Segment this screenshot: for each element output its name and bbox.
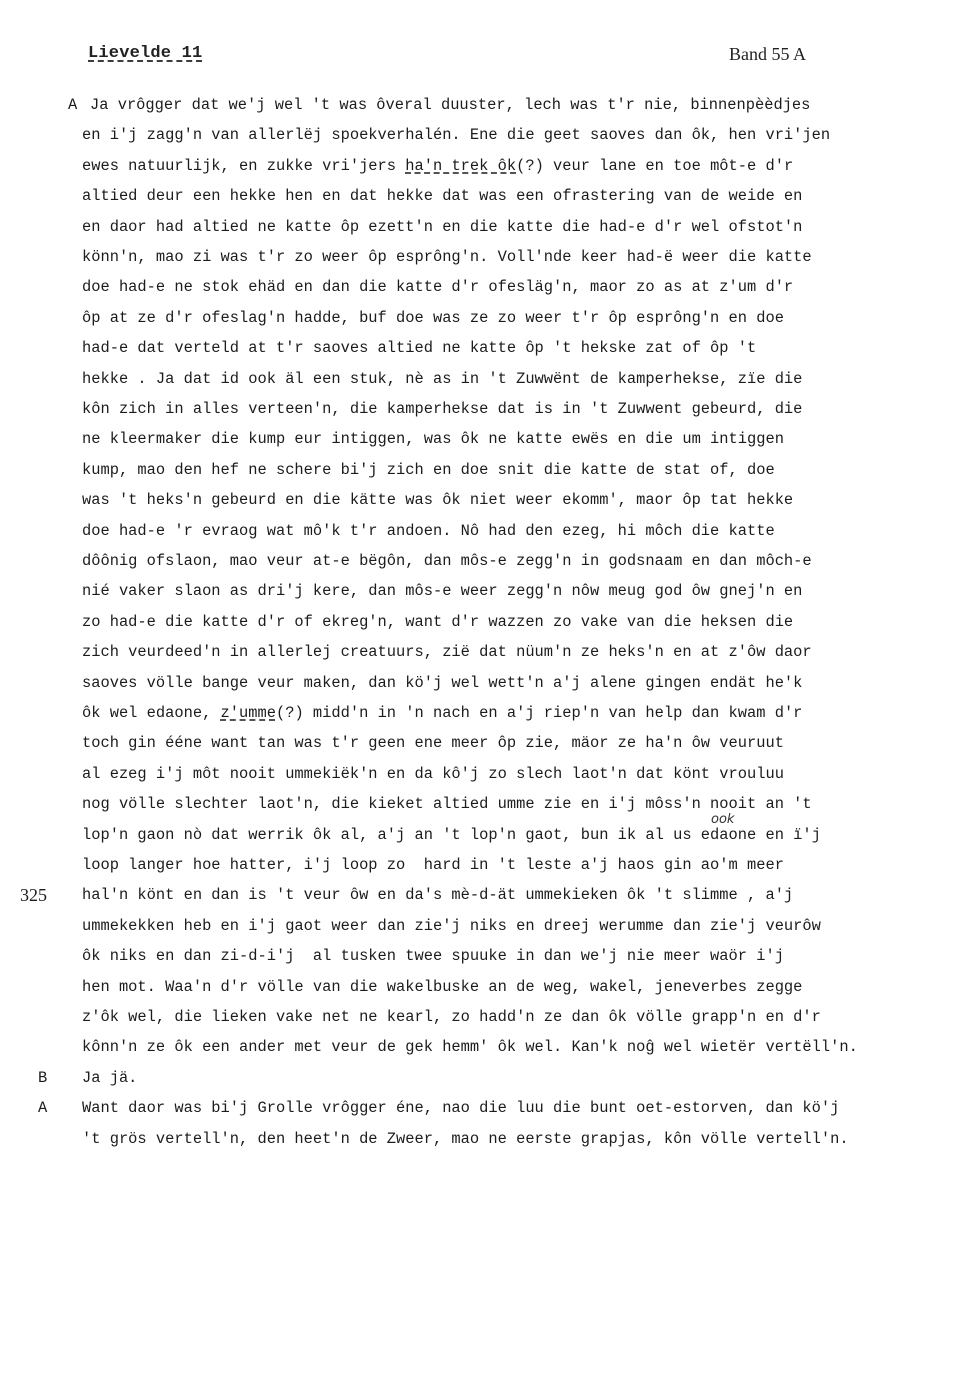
line-text: kôn zich in alles verteen'n, die kamperh… bbox=[82, 397, 802, 421]
transcript-line: z'ôk wel, die lieken vake net ne kearl, … bbox=[0, 1005, 973, 1029]
transcript-line: ne kleermaker die kump eur intiggen, was… bbox=[0, 427, 973, 451]
transcript-line: en i'j zagg'n van allerlëj spoekverhalén… bbox=[0, 123, 973, 147]
transcript-line: ewes natuurlijk, en zukke vri'jers ha'n … bbox=[0, 154, 973, 178]
transcript-line: en daor had altied ne katte ôp ezett'n e… bbox=[0, 215, 973, 239]
transcript-line: saoves völle bange veur maken, dan kö'j … bbox=[0, 671, 973, 695]
line-text: hen mot. Waa'n d'r völle van die wakelbu… bbox=[82, 975, 802, 999]
line-text: loop langer hoe hatter, i'j loop zo hard… bbox=[82, 853, 784, 877]
transcript-line: doe had-e 'r evraog wat mô'k t'r andoen.… bbox=[0, 519, 973, 543]
line-text: zo had-e die katte d'r of ekreg'n, want … bbox=[82, 610, 793, 634]
transcript-line: 't grös vertell'n, den heet'n de Zweer, … bbox=[0, 1127, 973, 1151]
line-text: Ja vrôgger dat we'j wel 't was ôveral du… bbox=[90, 93, 810, 117]
line-text: kump, mao den hef ne schere bi'j zich en… bbox=[82, 458, 775, 482]
speaker-label: A bbox=[68, 93, 77, 117]
handwritten-annotation: ook bbox=[711, 812, 734, 827]
transcript-line: was 't heks'n gebeurd en die kätte was ô… bbox=[0, 488, 973, 512]
tape-label: Band 55 A bbox=[729, 44, 806, 65]
line-text: z'ôk wel, die lieken vake net ne kearl, … bbox=[82, 1005, 821, 1029]
transcript-line: hen mot. Waa'n d'r völle van die wakelbu… bbox=[0, 975, 973, 999]
transcript-line: AWant daor was bi'j Grolle vrôgger éne, … bbox=[0, 1096, 973, 1120]
transcript-line: kôn zich in alles verteen'n, die kamperh… bbox=[0, 397, 973, 421]
uncertain-phrase: ha'n trek ôk bbox=[405, 157, 516, 175]
uncertain-phrase: z'umme bbox=[221, 704, 276, 722]
location-header: Lievelde 11 bbox=[88, 44, 202, 63]
transcript-line: ôk niks en dan zi-d-i'j al tusken twee s… bbox=[0, 944, 973, 968]
line-text: zich veurdeed'n in allerlej creatuurs, z… bbox=[82, 640, 812, 664]
line-text: en i'j zagg'n van allerlëj spoekverhalén… bbox=[82, 123, 830, 147]
transcript-line: ummekekken heb en i'j gaot weer dan zie'… bbox=[0, 914, 973, 938]
transcript-line: zo had-e die katte d'r of ekreg'n, want … bbox=[0, 610, 973, 634]
transcript-line: al ezeg i'j môt nooit ummekiëk'n en da k… bbox=[0, 762, 973, 786]
transcript-line: had-e dat verteld at t'r saoves altied n… bbox=[0, 336, 973, 360]
transcript-line: AJa vrôgger dat we'j wel 't was ôveral d… bbox=[0, 93, 973, 117]
line-text: had-e dat verteld at t'r saoves altied n… bbox=[82, 336, 756, 360]
line-text: ôk wel edaone, z'umme(?) midd'n in 'n na… bbox=[82, 701, 802, 725]
line-text: nié vaker slaon as dri'j kere, dan môs-e… bbox=[82, 579, 802, 603]
line-text: ne kleermaker die kump eur intiggen, was… bbox=[82, 427, 784, 451]
margin-line-number: 325 bbox=[20, 883, 47, 907]
line-text: ewes natuurlijk, en zukke vri'jers ha'n … bbox=[82, 154, 793, 178]
line-text: ummekekken heb en i'j gaot weer dan zie'… bbox=[82, 914, 821, 938]
line-text: dôônig ofslaon, mao veur at-e bëgôn, dan… bbox=[82, 549, 812, 573]
transcript-line: 325hal'n könt en dan is 't veur ôw en da… bbox=[0, 883, 973, 907]
line-text: toch gin ééne want tan was t'r geen ene … bbox=[82, 731, 784, 755]
transcript-page: Lievelde 11 Band 55 A AJa vrôgger dat we… bbox=[0, 0, 973, 1390]
transcript-line: toch gin ééne want tan was t'r geen ene … bbox=[0, 731, 973, 755]
transcript-line: lop'n gaon nò dat werrik ôk al, a'j an '… bbox=[0, 823, 973, 847]
transcript-line: loop langer hoe hatter, i'j loop zo hard… bbox=[0, 853, 973, 877]
transcript-line: dôônig ofslaon, mao veur at-e bëgôn, dan… bbox=[0, 549, 973, 573]
transcript-line: kônn'n ze ôk een ander met veur de gek h… bbox=[0, 1035, 973, 1059]
line-text: nog völle slechter laot'n, die kieket al… bbox=[82, 792, 812, 816]
line-text: ôp at ze d'r ofeslag'n hadde, buf doe wa… bbox=[82, 306, 784, 330]
line-text: Want daor was bi'j Grolle vrôgger éne, n… bbox=[82, 1096, 839, 1120]
transcript-line: ôk wel edaone, z'umme(?) midd'n in 'n na… bbox=[0, 701, 973, 725]
line-text: al ezeg i'j môt nooit ummekiëk'n en da k… bbox=[82, 762, 784, 786]
transcript-line: hekke . Ja dat id ook äl een stuk, nè as… bbox=[0, 367, 973, 391]
line-text: ôk niks en dan zi-d-i'j al tusken twee s… bbox=[82, 944, 784, 968]
line-text: 't grös vertell'n, den heet'n de Zweer, … bbox=[82, 1127, 849, 1151]
transcript-line: doe had-e ne stok ehäd en dan die katte … bbox=[0, 275, 973, 299]
line-text: Ja jä. bbox=[82, 1066, 137, 1090]
transcript-line: BJa jä. bbox=[0, 1066, 973, 1090]
line-text: doe had-e 'r evraog wat mô'k t'r andoen.… bbox=[82, 519, 775, 543]
line-text: altied deur een hekke hen en dat hekke d… bbox=[82, 184, 802, 208]
line-text: könn'n, mao zi was t'r zo weer ôp esprôn… bbox=[82, 245, 812, 269]
speaker-label: B bbox=[38, 1066, 47, 1090]
transcript-line: kump, mao den hef ne schere bi'j zich en… bbox=[0, 458, 973, 482]
transcript-line: könn'n, mao zi was t'r zo weer ôp esprôn… bbox=[0, 245, 973, 269]
line-text: hal'n könt en dan is 't veur ôw en da's … bbox=[82, 883, 793, 907]
transcript-line: nog völle slechter laot'n, die kieket al… bbox=[0, 792, 973, 816]
line-text: en daor had altied ne katte ôp ezett'n e… bbox=[82, 215, 802, 239]
line-text: kônn'n ze ôk een ander met veur de gek h… bbox=[82, 1035, 858, 1059]
transcript-line: ôp at ze d'r ofeslag'n hadde, buf doe wa… bbox=[0, 306, 973, 330]
line-text: saoves völle bange veur maken, dan kö'j … bbox=[82, 671, 802, 695]
line-text: doe had-e ne stok ehäd en dan die katte … bbox=[82, 275, 793, 299]
speaker-label: A bbox=[38, 1096, 47, 1120]
transcript-line: altied deur een hekke hen en dat hekke d… bbox=[0, 184, 973, 208]
transcript-line: nié vaker slaon as dri'j kere, dan môs-e… bbox=[0, 579, 973, 603]
transcript-line: zich veurdeed'n in allerlej creatuurs, z… bbox=[0, 640, 973, 664]
line-text: hekke . Ja dat id ook äl een stuk, nè as… bbox=[82, 367, 802, 391]
line-text: was 't heks'n gebeurd en die kätte was ô… bbox=[82, 488, 793, 512]
